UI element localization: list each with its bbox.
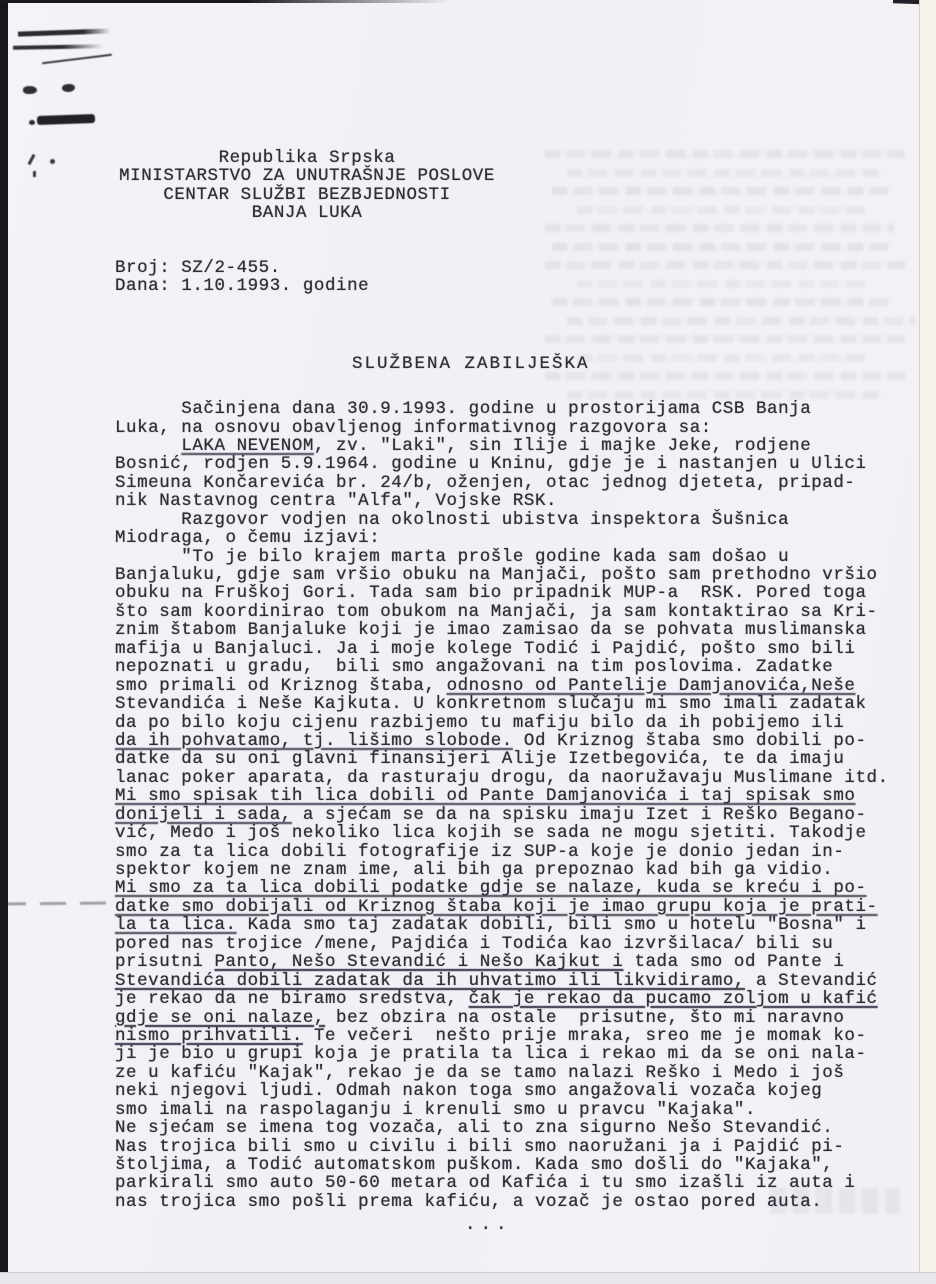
underlined-text: la ta lica.: [115, 915, 237, 935]
text-line: nismo prihvatili. Te večeri nešto prije …: [115, 1027, 905, 1045]
text-line: neki njegovi ljudi. Odmah nakon toga smo…: [115, 1082, 905, 1100]
text-line: CENTAR SLUŽBI BEZBJEDNOSTI: [117, 186, 497, 204]
text-line: parkirali smo auto 50-60 metara od Kafić…: [115, 1174, 905, 1192]
text-line: Sačinjena dana 30.9.1993. godine u prost…: [115, 400, 905, 418]
text-segment: Te večeri nešto prije mraka, sreo me je …: [303, 1026, 867, 1046]
scanned-page: Republika SrpskaMINISTARSTVO ZA UNUTRAŠN…: [0, 0, 936, 1284]
text-line: spektor kojem ne znam ime, ali bih ga pr…: [115, 861, 905, 879]
text-line: Stevandića i Neše Kajkuta. U konkretnom …: [115, 695, 905, 713]
text-line: mafija u Banjaluci. Ja i moje kolege Tod…: [115, 640, 905, 658]
underlined-text: Mi smo spisak tih lica dobili od Pante D…: [115, 786, 855, 806]
text-line: Luka, na osnovu obavljenog informativnog…: [115, 419, 905, 437]
ink-blob: [62, 84, 75, 92]
text-line: što sam koordinirao tom obukom na Manjač…: [115, 603, 905, 621]
text-line: Banjaluku, gdje sam vršio obuku na Manja…: [115, 566, 905, 584]
text-line: smo imali na raspolaganju i krenuli smo …: [115, 1101, 905, 1119]
text-line: ze u kafiću "Kajak", rekao je da se tamo…: [115, 1064, 905, 1082]
text-line: Mi smo za ta lica dobili podatke gdje se…: [115, 879, 905, 897]
scan-edge-bottom: [0, 1272, 936, 1284]
text-line: Stevandića dobili zadatak da ih uhvatimo…: [115, 972, 905, 990]
text-line: znim štabom Banjaluke koji je imao zamis…: [115, 621, 905, 639]
document-number: Broj: SZ/2-455.: [115, 259, 905, 277]
underlined-text: datke smo dobijali od Kriznog štaba koji…: [115, 897, 878, 917]
ink-smudge: [13, 44, 103, 50]
text-line: pored nas trojice /mene, Pajdića i Todić…: [115, 935, 905, 953]
text-line: je rekao da ne biramo sredstva, čak je r…: [115, 990, 905, 1008]
underlined-text: čak je rekao da pucamo zoljom u kafić: [469, 989, 878, 1009]
underlined-text: Stevandića dobili zadatak da ih uhvatimo…: [115, 971, 745, 991]
scan-edge-left: [0, 0, 8, 1272]
text-segment: a sjećam se da na spisku imaju Izet i Re…: [292, 805, 867, 825]
text-segment: tada smo od Pante i: [623, 952, 844, 972]
text-segment: , zv. "Laki", sin Ilije i majke Jeke, ro…: [314, 436, 811, 456]
text-segment: Od Kriznog štaba smo dobili po-: [513, 731, 867, 751]
paper-right-edge: [919, 0, 936, 1284]
text-line: Miodraga, o čemu izjavi:: [115, 529, 905, 547]
text-line: Razgovor vodjen na okolnosti ubistva ins…: [115, 511, 905, 529]
pencil-mark: [50, 159, 55, 164]
underlined-text: Panto, Nešo Stevandić i Nešo Kajkut i: [214, 952, 623, 972]
text-line: nepoznati u gradu, bili smo angažovani n…: [115, 658, 905, 676]
pencil-mark: [28, 154, 36, 165]
underlined-text: Mi smo za ta lica dobili podatke gdje se…: [115, 878, 867, 898]
text-line: Nas trojica bili smo u civilu i bili smo…: [115, 1138, 905, 1156]
text-line: LAKA NEVENOM, zv. "Laki", sin Ilije i ma…: [115, 437, 905, 455]
underlined-text: LAKA NEVENOM: [181, 436, 314, 456]
text-line: nas trojica smo pošli prema kafiću, a vo…: [115, 1193, 905, 1211]
text-segment: a Stevandić: [745, 971, 878, 991]
text-line: štoljima, a Todić automatskom puškom. Ka…: [115, 1156, 905, 1174]
reference-block: Broj: SZ/2-455. Dana: 1.10.1993. godine: [115, 259, 905, 296]
text-line: datke da su oni glavni finansijeri Alije…: [115, 750, 905, 768]
letterhead: Republika SrpskaMINISTARSTVO ZA UNUTRAŠN…: [117, 149, 497, 223]
pencil-mark: [33, 171, 36, 177]
ink-blob: [23, 86, 37, 94]
text-line: lanac poker aparata, da rasturaju drogu,…: [115, 769, 905, 787]
text-segment: smo primali od Kriznog štaba,: [115, 676, 447, 696]
text-line: datke smo dobijali od Kriznog štaba koji…: [115, 898, 905, 916]
underlined-text: odnosno od Pantelije Damjanovića,Neše: [447, 676, 856, 696]
end-ellipsis: ...: [465, 1216, 905, 1234]
text-line: Simeuna Končarevića br. 24/b, oženjen, o…: [115, 474, 905, 492]
text-segment: bez obzira na ostale prisutne, što mi na…: [325, 1008, 844, 1028]
ink-smudge: [18, 28, 111, 36]
text-segment: [115, 436, 181, 456]
text-segment: Kada smo taj zadatak dobili, bili smo u …: [237, 915, 867, 935]
document-body: Sačinjena dana 30.9.1993. godine u prost…: [115, 400, 905, 1211]
ink-smudge: [37, 114, 95, 125]
document: Republika SrpskaMINISTARSTVO ZA UNUTRAŠN…: [115, 0, 905, 1235]
text-line: BANJA LUKA: [117, 204, 497, 222]
text-line: Ne sjećam se imena tog vozača, ali to zn…: [115, 1119, 905, 1137]
text-line: Bosnić, rodjen 5.9.1964. godine u Kninu,…: [115, 455, 905, 473]
text-line: nik Nastavnog centra "Alfa", Vojske RSK.: [115, 492, 905, 510]
ink-smudge: [42, 54, 112, 65]
text-line: ji je bio u grupi koja je pratila ta lic…: [115, 1045, 905, 1063]
text-line: MINISTARSTVO ZA UNUTRAŠNJE POSLOVE: [117, 167, 497, 185]
text-line: donijeli i sada, a sjećam se da na spisk…: [115, 806, 905, 824]
underlined-text: gdje se oni nalaze,: [115, 1008, 325, 1028]
text-line: prisutni Panto, Nešo Stevandić i Nešo Ka…: [115, 953, 905, 971]
text-line: Republika Srpska: [117, 149, 497, 167]
document-title: SLUŽBENA ZABILJEŠKA: [352, 355, 905, 373]
underlined-text: donijeli i sada,: [115, 805, 292, 825]
text-line: gdje se oni nalaze, bez obzira na ostale…: [115, 1009, 905, 1027]
text-line: smo za ta lica dobili fotografije iz SUP…: [115, 843, 905, 861]
text-line: la ta lica. Kada smo taj zadatak dobili,…: [115, 916, 905, 934]
ink-blob: [29, 120, 35, 125]
underlined-text: nismo prihvatili.: [115, 1026, 303, 1046]
text-line: da po bilo koju cijenu razbijemo tu mafi…: [115, 714, 905, 732]
text-line: vić, Medo i još nekoliko lica kojih se s…: [115, 824, 905, 842]
text-line: da ih pohvatamo, tj. lišimo slobode. Od …: [115, 732, 905, 750]
text-line: "To je bilo krajem marta prošle godine k…: [115, 548, 905, 566]
text-line: smo primali od Kriznog štaba, odnosno od…: [115, 677, 905, 695]
text-segment: prisutni: [115, 952, 214, 972]
text-line: Mi smo spisak tih lica dobili od Pante D…: [115, 787, 905, 805]
margin-pencil-dashes: [0, 902, 110, 906]
document-date: Dana: 1.10.1993. godine: [115, 277, 905, 295]
text-segment: je rekao da ne biramo sredstva,: [115, 989, 469, 1009]
scan-edge-top: [0, 0, 450, 3]
underlined-text: da ih pohvatamo, tj. lišimo slobode.: [115, 731, 513, 751]
text-line: obuku na Fruškoj Gori. Tada sam bio prip…: [115, 584, 905, 602]
